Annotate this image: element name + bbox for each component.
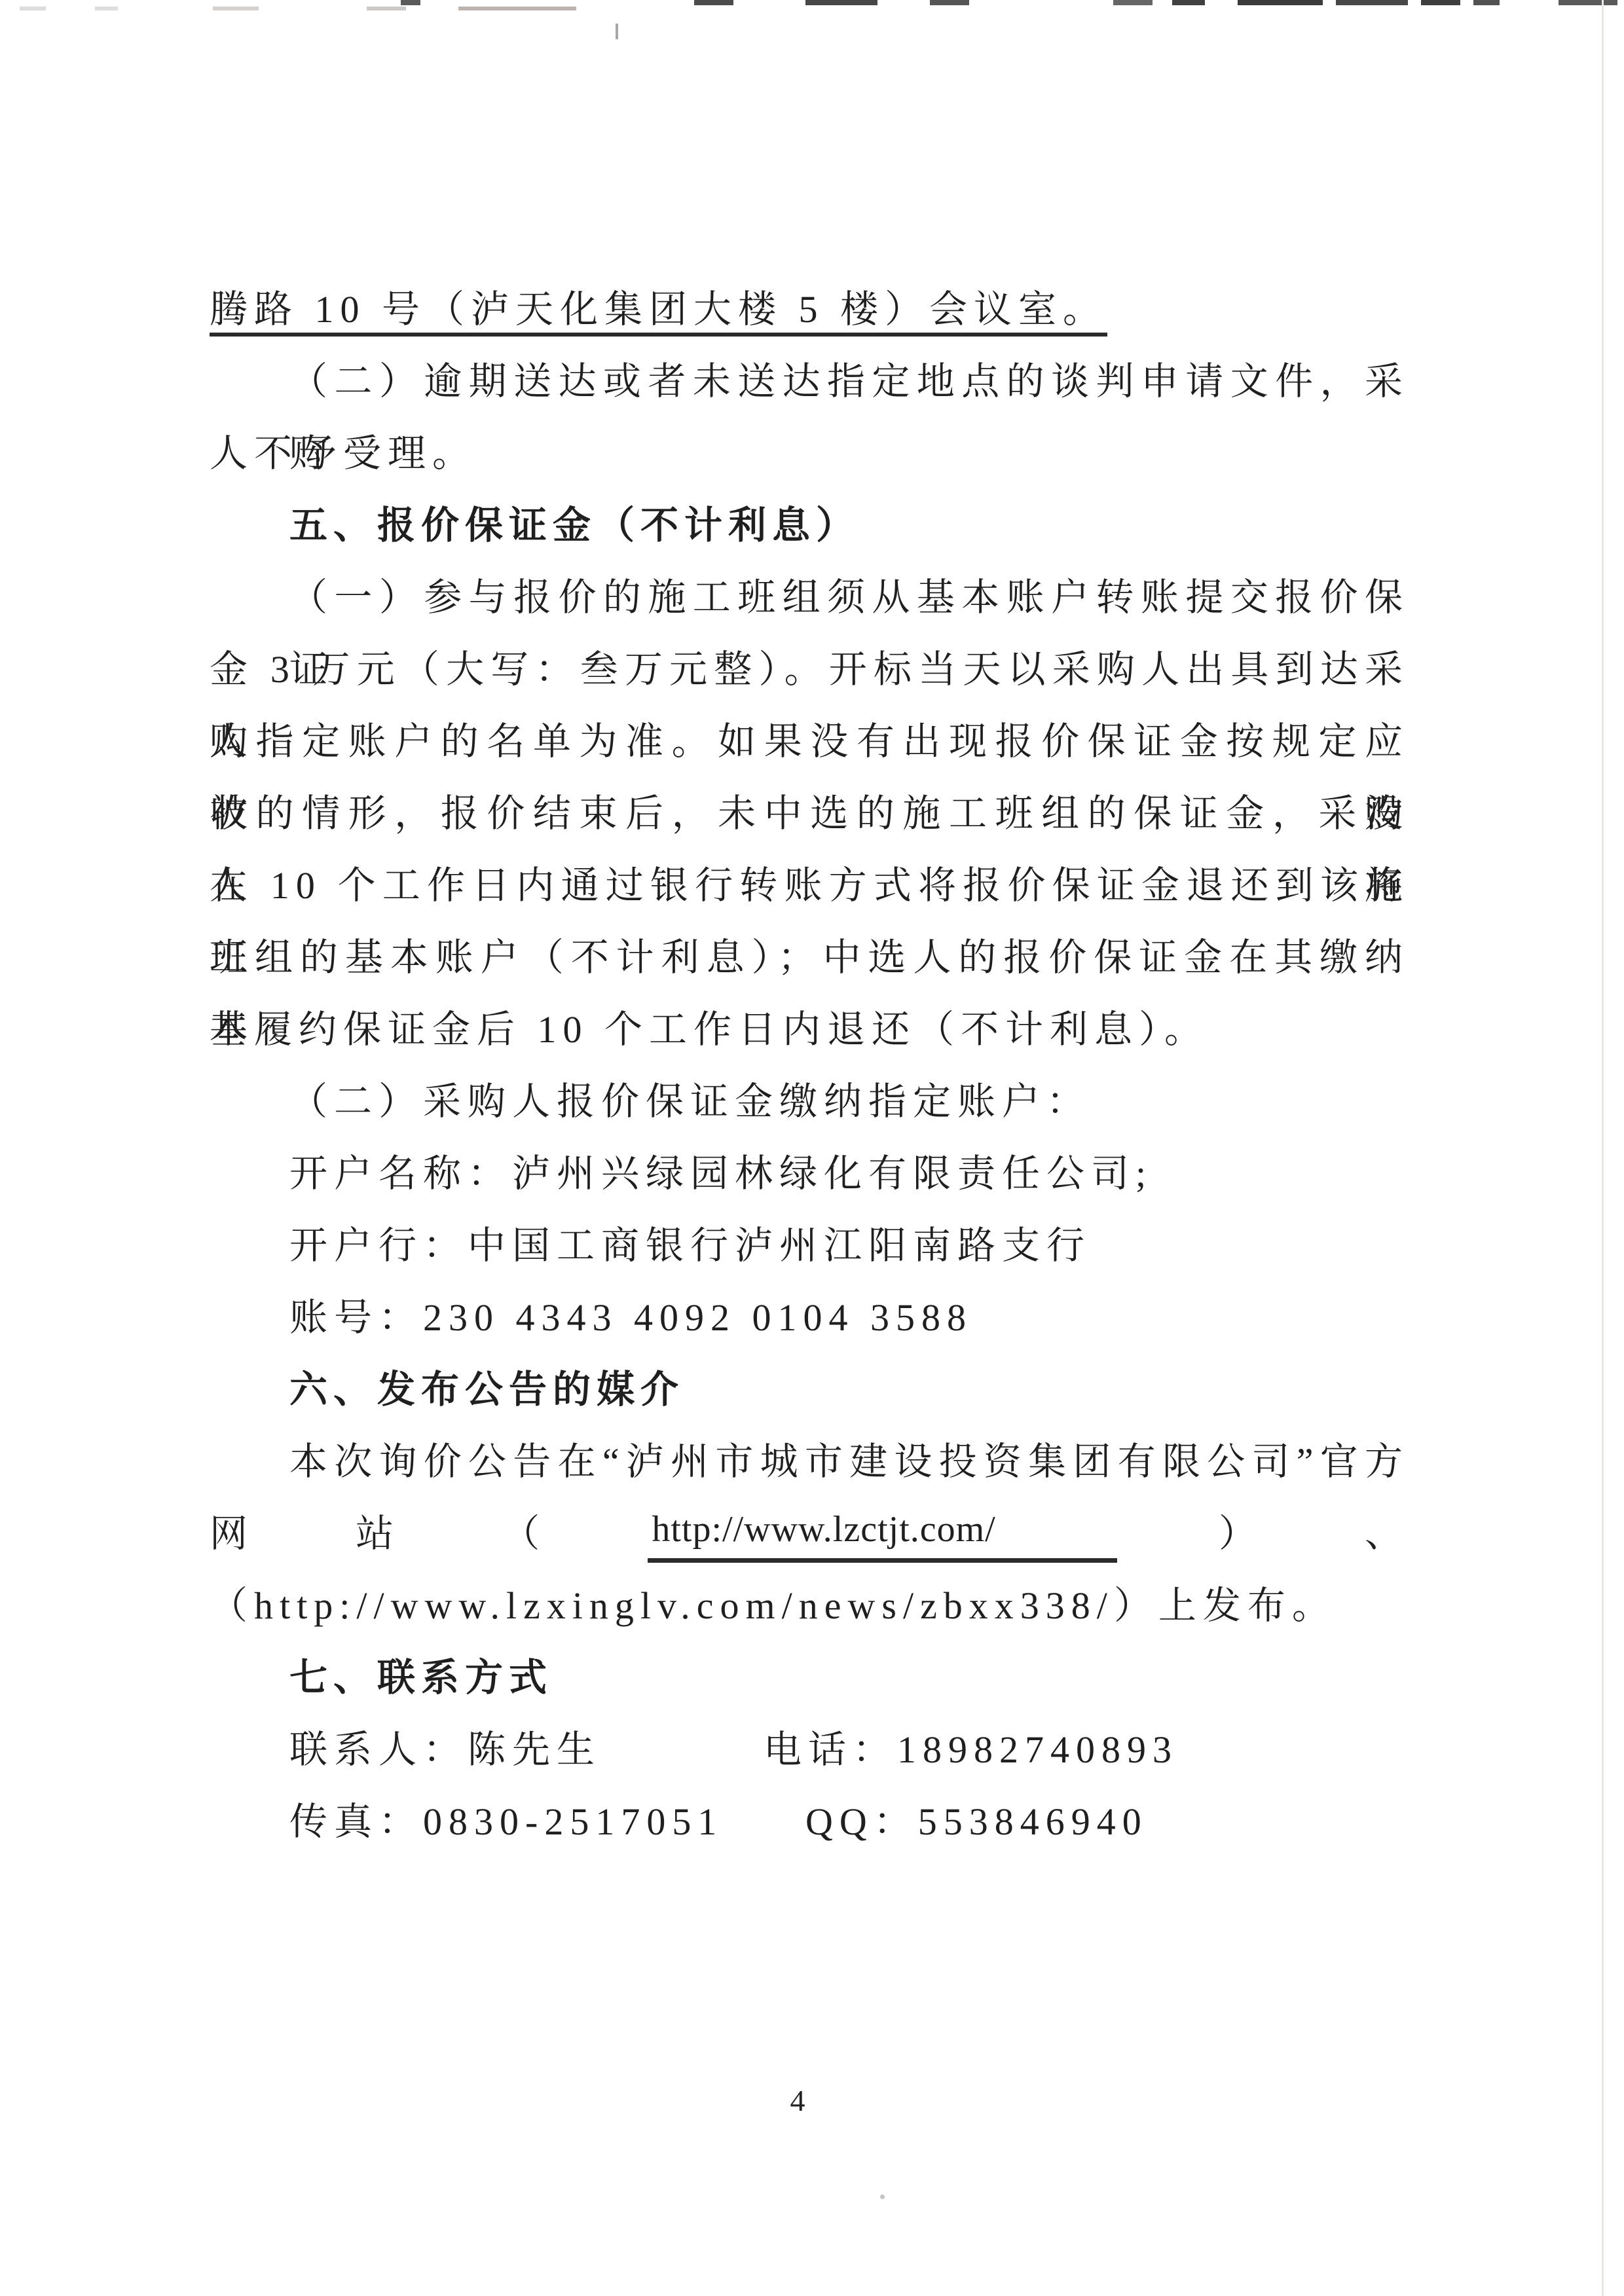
website-word-2: 站 (356, 1510, 400, 1558)
scan-edge-line (1602, 0, 1604, 2296)
scan-artifact-dash (458, 7, 576, 10)
website-line: 网 站 （ http://www.lzctjt.com/ ） 、 (210, 1498, 1409, 1570)
scan-artifact-dash (1473, 0, 1500, 5)
website-url: http://www.lzctjt.com/ (648, 1506, 1116, 1563)
scan-artifact-dash (20, 7, 46, 10)
scan-artifact-dash (213, 7, 259, 10)
contact-person-line: 联系人：陈先生电话：18982740893 (210, 1714, 1409, 1786)
scan-artifact-dash (1113, 0, 1153, 5)
scan-artifact-dash (95, 7, 118, 10)
scan-artifact-dash (805, 0, 877, 5)
second-url-line: （http://www.lzxinglv.com/news/zbxx338/）上… (210, 1570, 1409, 1642)
scanned-document-page: 腾路 10 号（泸天化集团大楼 5 楼）会议室。 （二）逾期送达或者未送达指定地… (0, 0, 1624, 2296)
scan-artifact-dash (367, 7, 406, 10)
contact-qq: QQ：553846940 (805, 1800, 1148, 1843)
scan-artifact-dash (1172, 0, 1205, 5)
scan-artifact-dash (930, 0, 969, 5)
enumeration-comma: 、 (1365, 1510, 1409, 1558)
paragraph-line-account-intro: （二）采购人报价保证金缴纳指定账户： (210, 1066, 1409, 1138)
underlined-venue-text: 腾路 10 号（泸天化集团大楼 5 楼）会议室。 (210, 288, 1107, 331)
paragraph-line: 收的情形，报价结束后，未中选的施工班组的保证金，采购人将 (210, 778, 1409, 850)
paragraph-line: 本履约保证金后 10 个工作日内退还（不计利息）。 (210, 994, 1409, 1066)
website-word-1: 网 (210, 1510, 254, 1558)
paragraph-line: 人不予受理。 (210, 418, 1409, 490)
account-number-line: 账号：230 4343 4092 0104 3588 (210, 1282, 1409, 1354)
section-heading-5-deposit: 五、报价保证金（不计利息） (210, 490, 1409, 562)
scan-artifact-dash (401, 0, 420, 5)
contact-person: 联系人：陈先生 (289, 1714, 764, 1786)
contact-fax-line: 传真：0830-2517051QQ：553846940 (210, 1786, 1409, 1858)
paragraph-line: 人指定账户的名单为准。如果没有出现报价保证金按规定应被没 (210, 706, 1409, 778)
page-number: 4 (0, 2083, 1595, 2118)
paragraph-line-venue: 腾路 10 号（泸天化集团大楼 5 楼）会议室。 (210, 274, 1409, 346)
paragraph-line: 在 10 个工作日内通过银行转账方式将报价保证金退还到该施工 (210, 850, 1409, 922)
paragraph-line: （一）参与报价的施工班组须从基本账户转账提交报价保证 (210, 562, 1409, 634)
scan-speck (616, 24, 618, 39)
document-body: 腾路 10 号（泸天化集团大楼 5 楼）会议室。 （二）逾期送达或者未送达指定地… (210, 274, 1409, 1858)
paren-close: ） (1219, 1510, 1263, 1558)
section-heading-6-media: 六、发布公告的媒介 (210, 1354, 1409, 1426)
paragraph-line: （二）逾期送达或者未送达指定地点的谈判申请文件，采购 (210, 346, 1409, 418)
section-heading-7-contact: 七、联系方式 (210, 1642, 1409, 1714)
account-holder-name-line: 开户名称：泸州兴绿园林绿化有限责任公司; (210, 1138, 1409, 1210)
bank-branch-line: 开户行：中国工商银行泸州江阳南路支行 (210, 1210, 1409, 1282)
scan-artifact-dash (1336, 0, 1408, 5)
scan-artifact-dash (1421, 0, 1460, 5)
scan-artifact-dash (1238, 0, 1323, 5)
paren-open: （ (502, 1510, 546, 1558)
paragraph-line: 本次询价公告在“泸州市城市建设投资集团有限公司”官方 (210, 1426, 1409, 1498)
scan-artifact-dash (1559, 0, 1617, 5)
paragraph-line: 金 3 万元（大写：叁万元整）。开标当天以采购人出具到达采购 (210, 634, 1409, 706)
contact-fax: 传真：0830-2517051 (289, 1786, 805, 1858)
paragraph-line: 班组的基本账户（不计利息）；中选人的报价保证金在其缴纳基 (210, 922, 1409, 994)
contact-phone: 电话：18982740893 (764, 1728, 1178, 1771)
scan-artifact-dash (694, 0, 733, 5)
scan-speck (880, 2195, 885, 2199)
